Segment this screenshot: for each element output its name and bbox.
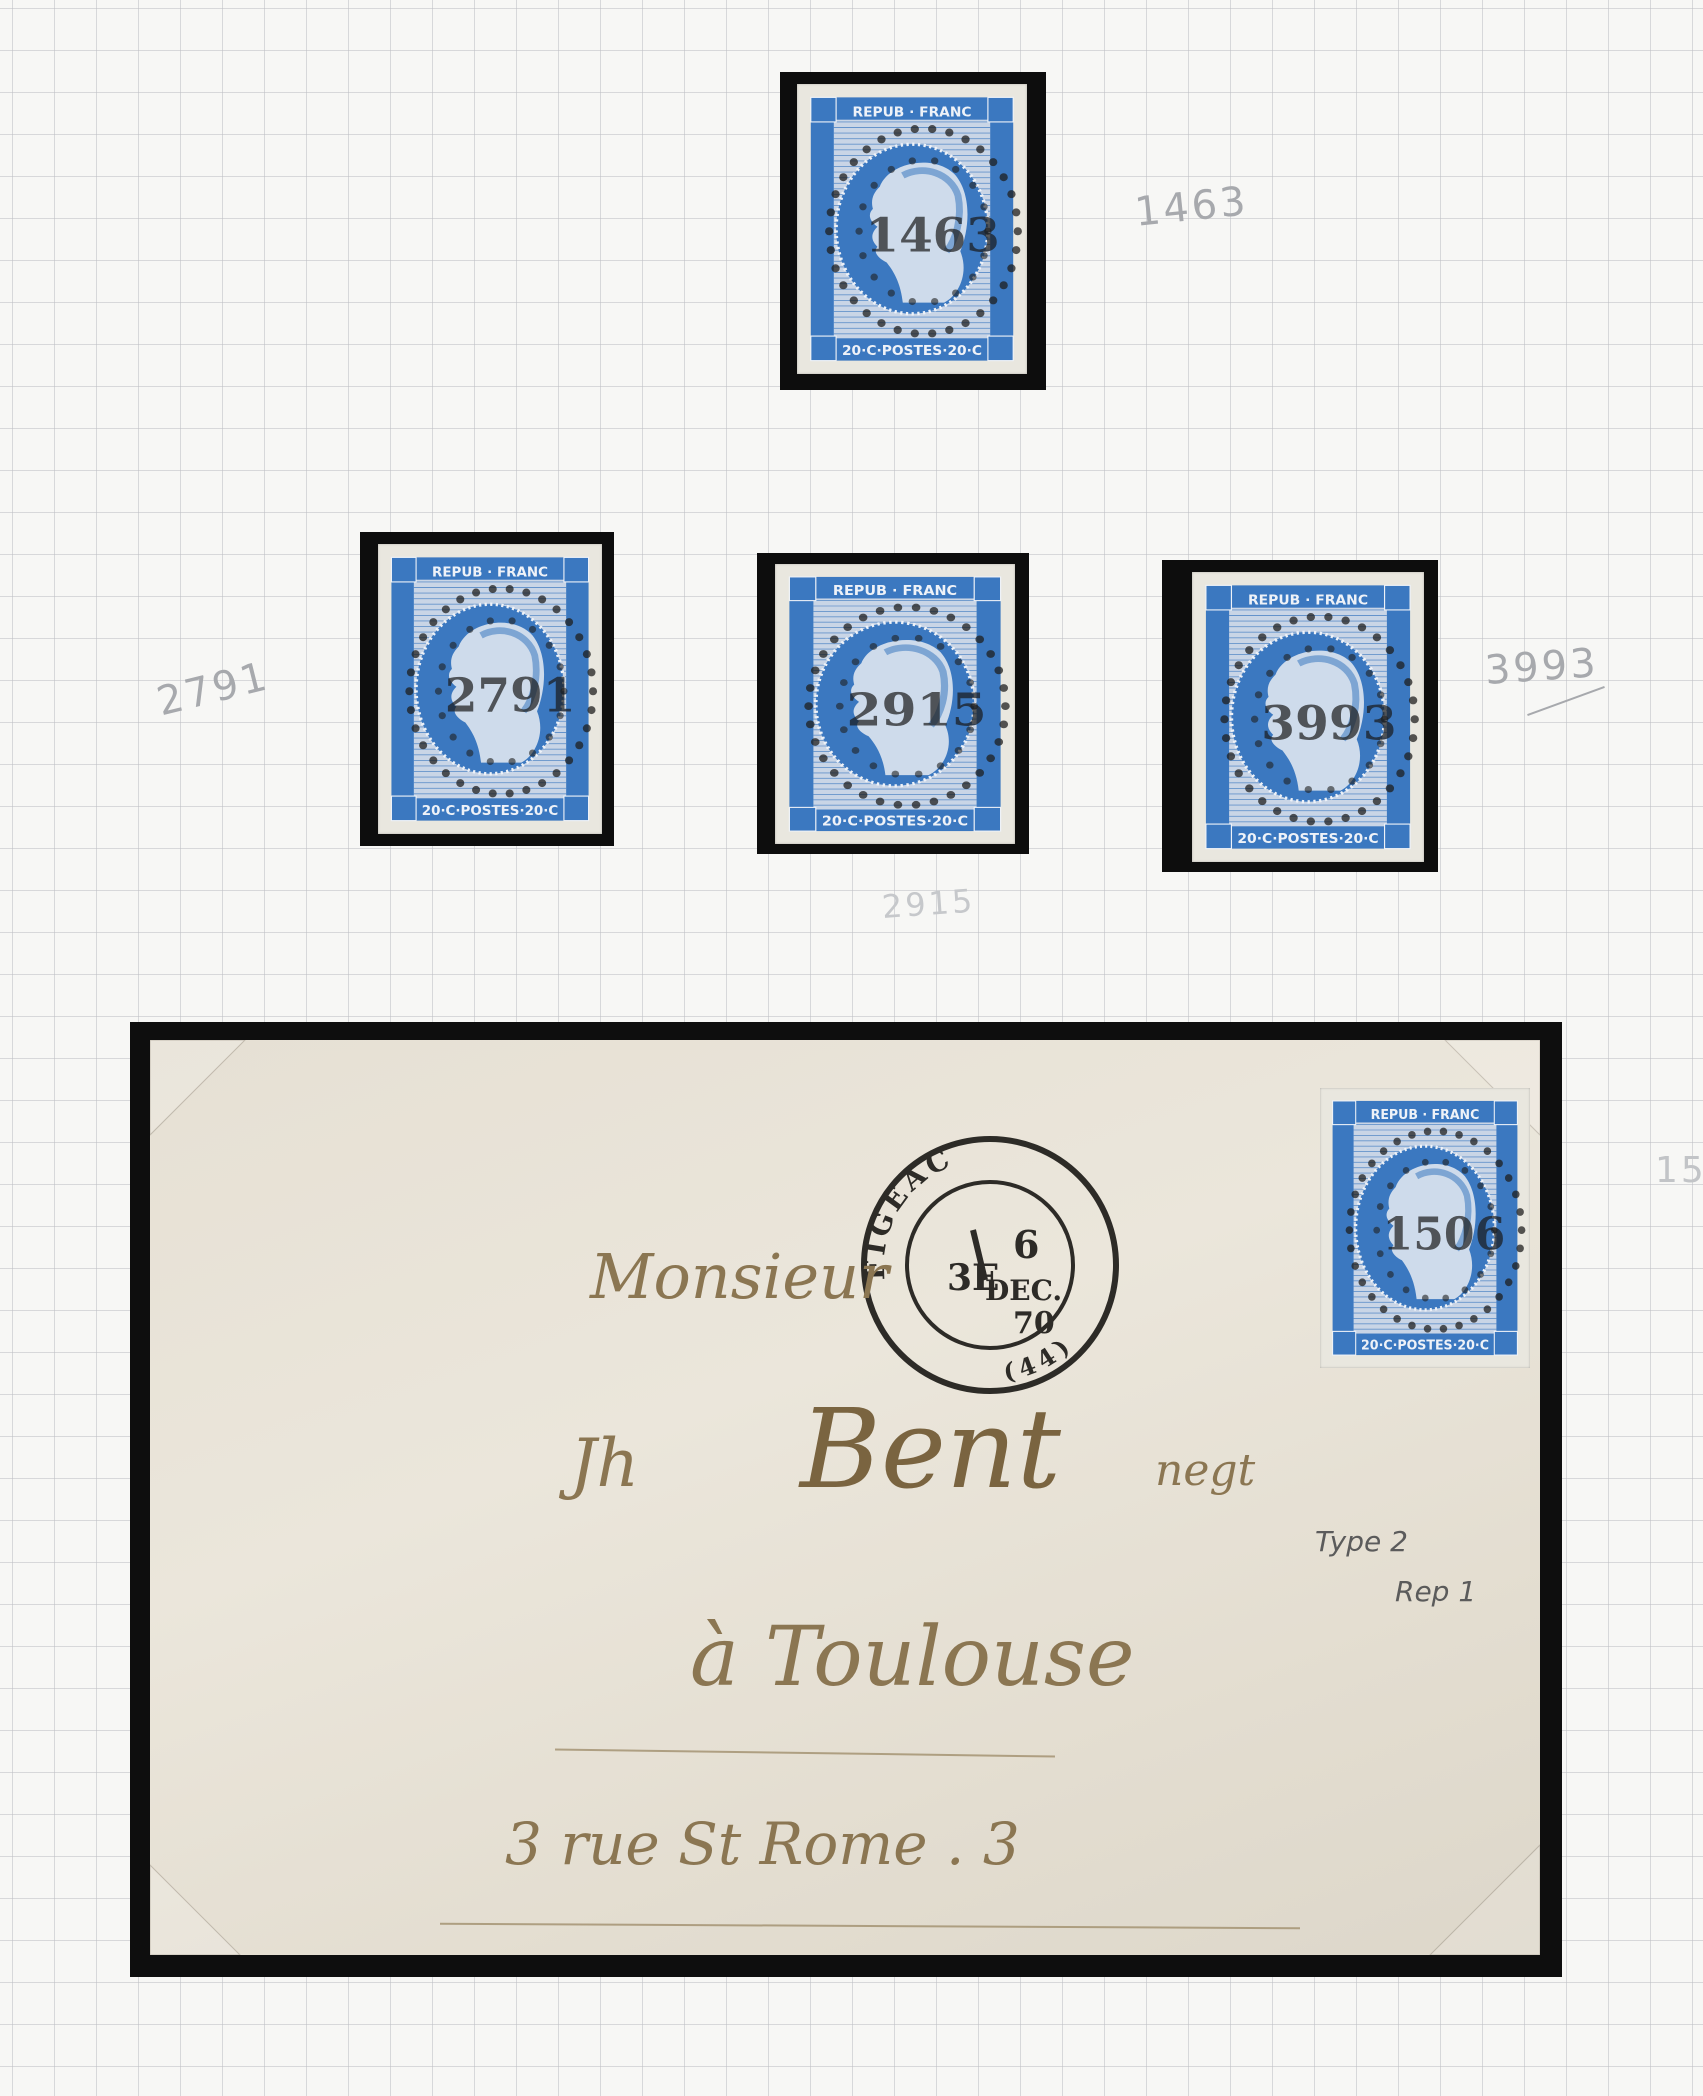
stamp-design: REPUB · FRANC 20·C·POSTES·20·C 1463 [797,84,1027,374]
cancel-number: 2915 [846,684,986,737]
postmark-year: 70 [1013,1306,1055,1341]
stamp-top-text: REPUB · FRANC [1248,593,1368,609]
cover-pencil-note-rep: Rep 1 [1395,1575,1476,1608]
pencil-note-2915: 2915 [881,882,977,926]
address-line-2-suffix: negt [1155,1445,1255,1496]
postmark-month: DEC. [985,1274,1062,1307]
stamp-top-text: REPUB · FRANC [852,105,971,121]
pencil-note-1463: 1463 [1133,178,1251,236]
stamp-top[interactable]: REPUB · FRANC 20·C·POSTES·20·C 1463 [797,84,1027,374]
stamp-top-text: REPUB · FRANC [833,584,957,599]
pencil-note-edge: 15 [1655,1150,1703,1191]
stamp-bottom-text: 20·C·POSTES·20·C [1361,1339,1489,1354]
figeac-postmark: FIGEAC (44) 3E 6 DEC. 70 [855,1130,1125,1400]
stamp-bottom-text: 20·C·POSTES·20·C [1237,831,1378,847]
cover-pencil-note-type: Type 2 [1315,1525,1408,1558]
postmark-day: 6 [1013,1222,1039,1267]
cancel-number: 3993 [1261,696,1397,751]
stamp-design: REPUB · FRANC 20·C·POSTES·20·C 2791 [378,544,602,834]
stamp-row-right[interactable]: REPUB · FRANC 20·C·POSTES·20·C 3993 [1192,572,1424,862]
pencil-note-2791: 2791 [152,653,274,725]
address-line-1: Monsieur [590,1240,889,1313]
stamp-design: REPUB · FRANC 20·C·POSTES·20·C 3993 [1192,572,1424,862]
stamp-bottom-text: 20·C·POSTES·20·C [822,814,968,829]
address-line-4: 3 rue St Rome . 3 [505,1810,1020,1878]
stamp-row-left[interactable]: REPUB · FRANC 20·C·POSTES·20·C 2791 [378,544,602,834]
cancel-number: 2791 [445,668,576,723]
address-line-2-name: Bent [800,1385,1061,1513]
pencil-underline [1527,686,1605,716]
cover-envelope[interactable]: FIGEAC (44) 3E 6 DEC. 70 REPUB · FRANC 2… [150,1040,1540,1955]
pencil-note-3993: 3993 [1483,640,1600,694]
address-line-2-prefix: Jh [570,1425,639,1502]
stamp-design: REPUB · FRANC 20·C·POSTES·20·C 1506 [1320,1088,1530,1368]
stamp-top-text: REPUB · FRANC [432,565,548,580]
cancel-number: 1506 [1383,1207,1506,1261]
stamp-row-middle[interactable]: REPUB · FRANC 20·C·POSTES·20·C 2915 [775,564,1015,844]
address-line-3: à Toulouse [690,1610,1134,1705]
stamp-top-text: REPUB · FRANC [1371,1108,1480,1123]
cancel-number: 1463 [866,208,1000,263]
stamp-cover[interactable]: REPUB · FRANC 20·C·POSTES·20·C 1506 [1320,1088,1530,1368]
stamp-design: REPUB · FRANC 20·C·POSTES·20·C 2915 [775,564,1015,844]
stamp-bottom-text: 20·C·POSTES·20·C [422,804,558,819]
stamp-bottom-text: 20·C·POSTES·20·C [842,343,982,359]
